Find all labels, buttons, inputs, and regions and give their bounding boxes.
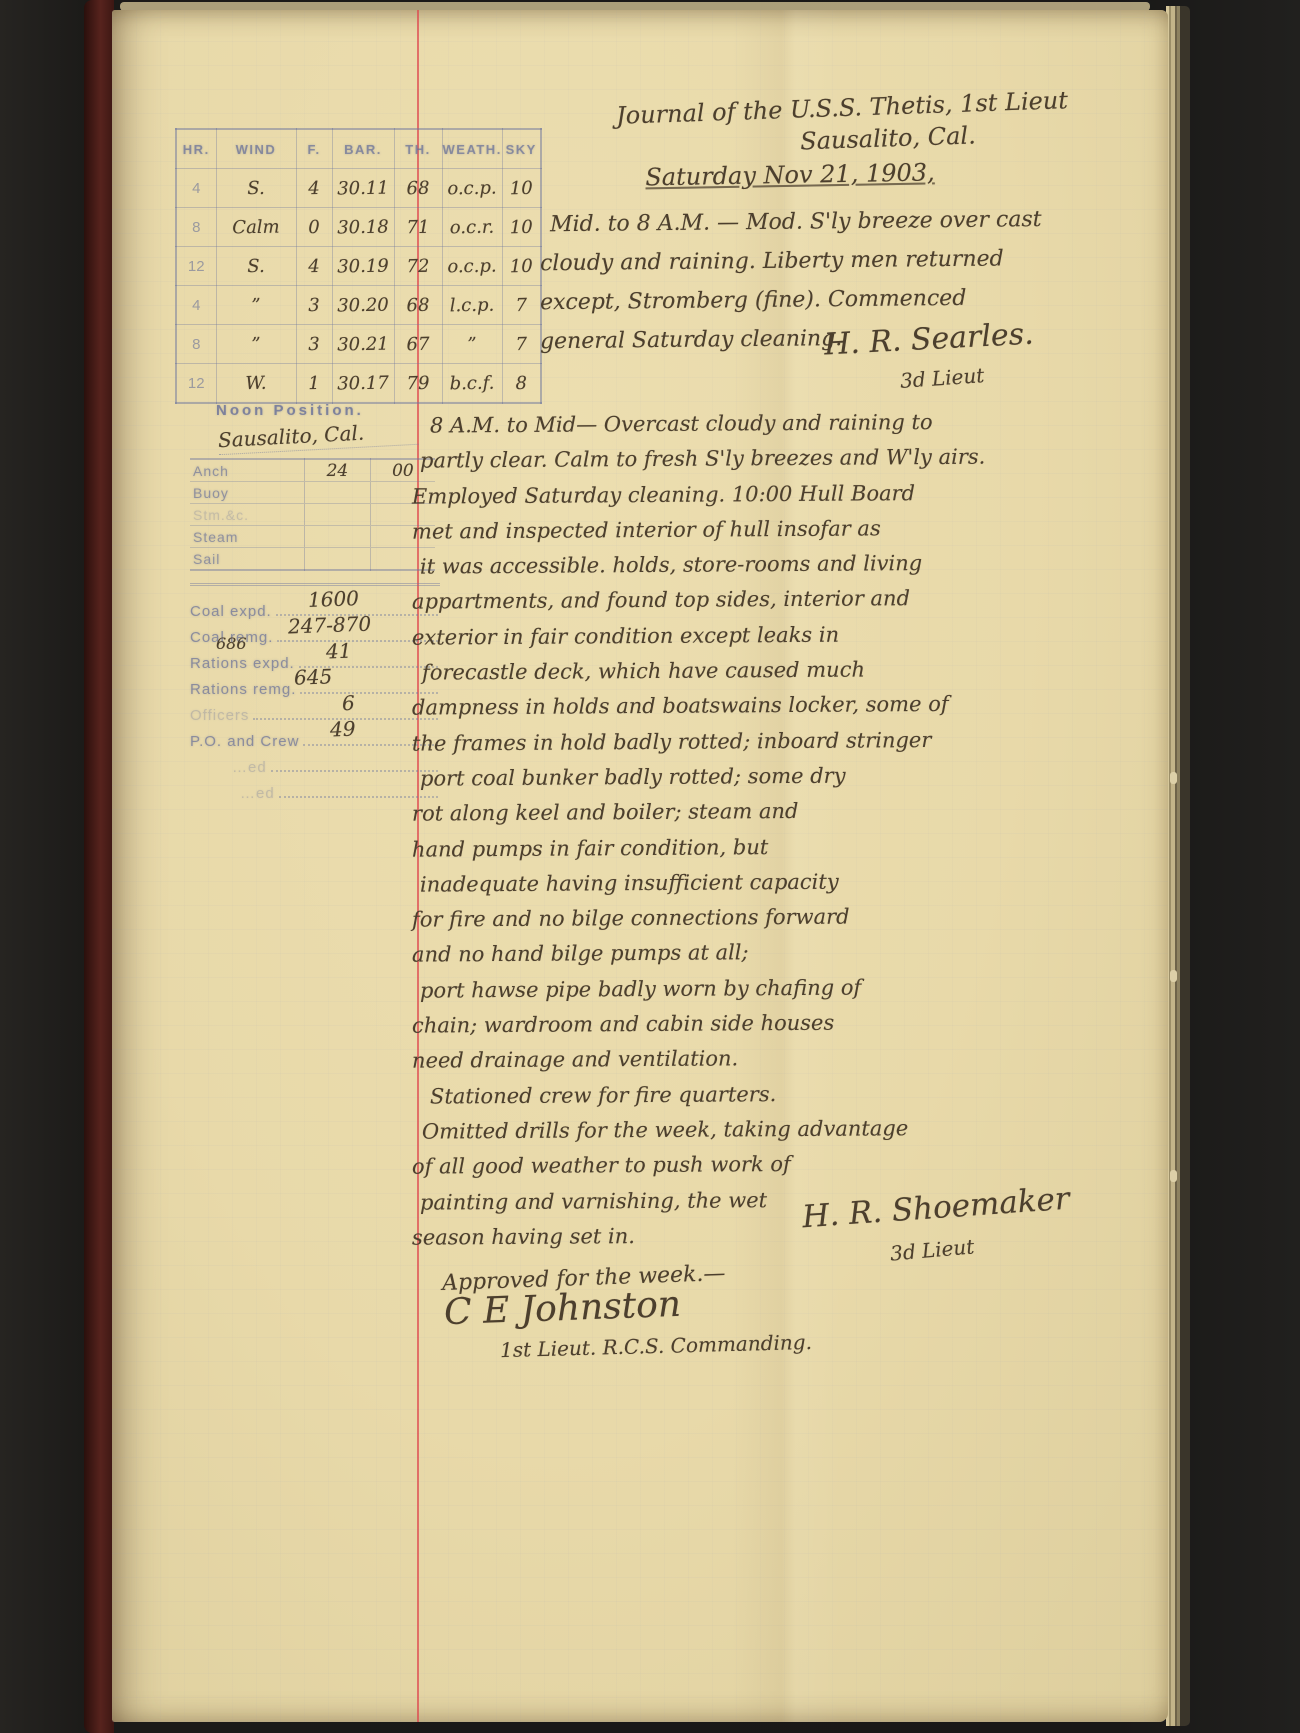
- stat-value: 1600: [308, 586, 360, 612]
- weather-header-f: F.: [296, 129, 332, 169]
- weather-cell-th: 68: [394, 285, 443, 325]
- weather-cell-th: 68: [394, 168, 443, 208]
- weather-cell-sky: 7: [502, 324, 542, 364]
- weather-cell-weath: l.c.p.: [442, 285, 503, 325]
- entry-line: and no hand bilge pumps at all;: [412, 933, 1160, 974]
- entry-line: Omitted drills for the week, taking adva…: [422, 1109, 1160, 1149]
- weather-cell-weath: ”: [442, 324, 503, 364]
- stat-label: P.O. and Crew: [190, 733, 299, 750]
- weather-cell-f: 3: [296, 285, 333, 325]
- entry-line: hand pumps in fair condition, but: [412, 827, 1160, 868]
- stat-label: Officers: [190, 707, 249, 724]
- weather-cell-sky: 8: [502, 363, 542, 403]
- stat-row: Officers 6: [190, 698, 440, 724]
- weather-cell-th: 67: [394, 324, 443, 364]
- weather-cell-hr: 4: [176, 169, 216, 208]
- weather-cell-f: 3: [296, 324, 333, 364]
- weather-header-wind: WIND: [216, 129, 296, 169]
- weather-cell-bar: 30.21: [332, 324, 395, 364]
- commanding-officer-rank: 1st Lieut. R.C.S. Commanding.: [500, 1330, 812, 1362]
- weather-cell-weath: b.c.f.: [442, 363, 503, 404]
- entry-line: season having set in.: [412, 1215, 1160, 1256]
- noon-row: Anch 24 00: [190, 459, 435, 482]
- stat-value: 49: [330, 717, 356, 742]
- entry-line: chain; wardroom and cabin side houses: [412, 1003, 1160, 1044]
- entry-line: Mid. to 8 A.M. — Mod. S'ly breeze over c…: [550, 199, 1165, 244]
- entry-line: need drainage and ventilation.: [412, 1039, 1160, 1080]
- logbook-page: HR. WIND F. BAR. TH. WEATH. SKY 4 S. 4 3…: [112, 10, 1168, 1722]
- entry-line: inadequate having insufficient capacity: [420, 862, 1160, 902]
- entry-line: Employed Saturday cleaning. 10:00 Hull B…: [412, 474, 1160, 515]
- noon-row: Sail: [190, 548, 435, 571]
- weather-row: 12 W. 1 30.17 79 b.c.f. 8: [176, 364, 541, 404]
- weather-header-row: HR. WIND F. BAR. TH. WEATH. SKY: [176, 129, 541, 169]
- entry-line: 8 A.M. to Mid— Overcast cloudy and raini…: [430, 403, 1160, 443]
- entry-line: cloudy and raining. Liberty men returned: [540, 238, 1165, 284]
- stat-value: 41: [326, 639, 352, 664]
- stat-label: Coal expd.: [190, 603, 272, 620]
- weather-cell-wind: ”: [216, 285, 297, 325]
- weather-row: 12 S. 4 30.19 72 o.c.p. 10: [176, 247, 541, 286]
- officer-rank: 3d Lieut: [899, 363, 985, 393]
- entry-line: dampness in holds and boatswains locker,…: [412, 686, 1160, 727]
- entry-line: the frames in hold badly rotted; inboard…: [412, 721, 1160, 762]
- entry-line: appartments, and found top sides, interi…: [412, 580, 1160, 621]
- stat-value: 645: [294, 664, 333, 689]
- stat-label: …ed: [240, 785, 275, 802]
- weather-row: 4 ” 3 30.20 68 l.c.p. 7: [176, 286, 541, 325]
- entry-line: it was accessible. holds, store-rooms an…: [420, 545, 1160, 585]
- noon-row: Steam: [190, 526, 435, 548]
- stat-label: Rations remg.: [190, 681, 296, 698]
- log-entry-8am-to-mid: 8 A.M. to Mid— Overcast cloudy and raini…: [412, 406, 1160, 1253]
- weather-cell-weath: o.c.p.: [442, 246, 503, 286]
- noon-row-value: 24: [305, 459, 371, 482]
- noon-row-label: Steam: [190, 526, 305, 548]
- noon-position-title: Noon Position.: [216, 402, 440, 419]
- noon-row: Buoy: [190, 482, 435, 504]
- noon-position-stamp: Noon Position. Sausalito, Cal. Anch 24 0…: [190, 402, 440, 802]
- stat-value: 6: [342, 691, 356, 715]
- weather-cell-wind: W.: [216, 363, 297, 404]
- weather-cell-hr: 12: [176, 364, 216, 404]
- entry-line: met and inspected interior of hull insof…: [412, 509, 1160, 550]
- stat-label: …ed: [232, 759, 267, 776]
- entry-line: port hawse pipe badly worn by chafing of: [420, 968, 1160, 1008]
- stat-row: P.O. and Crew 49: [190, 724, 440, 750]
- entry-line: port coal bunker badly rotted; some dry: [420, 756, 1160, 796]
- weather-cell-f: 4: [296, 246, 333, 286]
- weather-cell-bar: 30.19: [332, 246, 395, 286]
- entry-line: Stationed crew for fire quarters.: [430, 1074, 1160, 1114]
- weather-cell-sky: 10: [502, 246, 542, 286]
- weather-cell-th: 71: [394, 207, 443, 247]
- supply-stats: Coal expd. 1600 Coal remg. 247-870 686 R…: [190, 583, 440, 802]
- entry-line: rot along keel and boiler; steam and: [412, 792, 1160, 833]
- weather-cell-bar: 30.18: [332, 207, 395, 247]
- weather-cell-th: 79: [394, 363, 443, 403]
- weather-cell-sky: 10: [502, 207, 542, 247]
- scan-background: HR. WIND F. BAR. TH. WEATH. SKY 4 S. 4 3…: [0, 0, 1300, 1733]
- weather-cell-wind: Calm: [216, 207, 297, 247]
- noon-row-label: Stm.&c.: [190, 504, 305, 526]
- stat-label: Rations expd.: [190, 655, 295, 672]
- stat-row: …ed: [190, 776, 440, 802]
- weather-cell-wind: ”: [216, 324, 297, 364]
- noon-row: Stm.&c.: [190, 504, 435, 526]
- book-cover-edge: [84, 0, 114, 1733]
- entry-line: exterior in fair condition except leaks …: [412, 615, 1160, 656]
- weather-header-th: TH.: [394, 129, 442, 169]
- weather-cell-hr: 12: [176, 247, 216, 286]
- weather-cell-f: 0: [296, 207, 333, 247]
- weather-cell-wind: S.: [216, 246, 297, 286]
- weather-row: 8 ” 3 30.21 67 ” 7: [176, 325, 541, 364]
- weather-cell-hr: 4: [176, 286, 216, 325]
- noon-row-label: Buoy: [190, 482, 305, 504]
- page-stack-edge: [1166, 6, 1190, 1726]
- index-tab: [1170, 1170, 1177, 1182]
- noon-row-value: [305, 548, 371, 571]
- weather-cell-f: 1: [296, 363, 333, 403]
- weather-header-hr: HR.: [176, 129, 216, 169]
- noon-row-label: Sail: [190, 548, 305, 571]
- noon-position-location: Sausalito, Cal.: [217, 418, 418, 455]
- weather-cell-hr: 8: [176, 325, 216, 364]
- commanding-officer-signature: C E Johnston: [443, 1284, 681, 1333]
- weather-cell-hr: 8: [176, 208, 216, 247]
- entry-line: of all good weather to push work of: [412, 1145, 1160, 1186]
- entry-line: for fire and no bilge connections forwar…: [412, 898, 1160, 939]
- weather-cell-f: 4: [296, 168, 333, 208]
- noon-row-value: [305, 504, 371, 526]
- entry-line: except, Stromberg (fine). Commenced: [540, 277, 1165, 323]
- index-tab: [1170, 772, 1177, 784]
- weather-row: 8 Calm 0 30.18 71 o.c.r. 10: [176, 208, 541, 247]
- stat-row: Rations remg. 645: [190, 672, 440, 698]
- weather-cell-bar: 30.20: [332, 285, 395, 325]
- entry-line: partly clear. Calm to fresh S'ly breezes…: [420, 439, 1160, 479]
- noon-row-value: [305, 526, 371, 548]
- weather-cell-sky: 7: [502, 285, 542, 325]
- index-tab: [1170, 970, 1177, 982]
- weather-cell-bar: 30.11: [332, 168, 395, 208]
- journal-heading: Journal of the U.S.S. Thetis, 1st Lieut …: [512, 94, 1172, 188]
- stat-value: 247-870: [288, 612, 372, 639]
- weather-header-weath: WEATH.: [442, 129, 502, 169]
- weather-cell-th: 72: [394, 246, 443, 286]
- noon-row-label: Anch: [190, 459, 305, 482]
- noon-row-value: [305, 482, 371, 504]
- stat-row: …ed: [190, 750, 440, 776]
- weather-cell-bar: 30.17: [332, 363, 395, 404]
- entry-line: forecastle deck, which have caused much: [422, 651, 1160, 691]
- noon-position-table: Anch 24 00 Buoy Stm.&c. Steam: [190, 458, 435, 571]
- stat-note: 686: [216, 634, 247, 653]
- weather-header-bar: BAR.: [332, 129, 394, 169]
- weather-cell-wind: S.: [216, 168, 297, 208]
- weather-cell-weath: o.c.r.: [442, 207, 503, 247]
